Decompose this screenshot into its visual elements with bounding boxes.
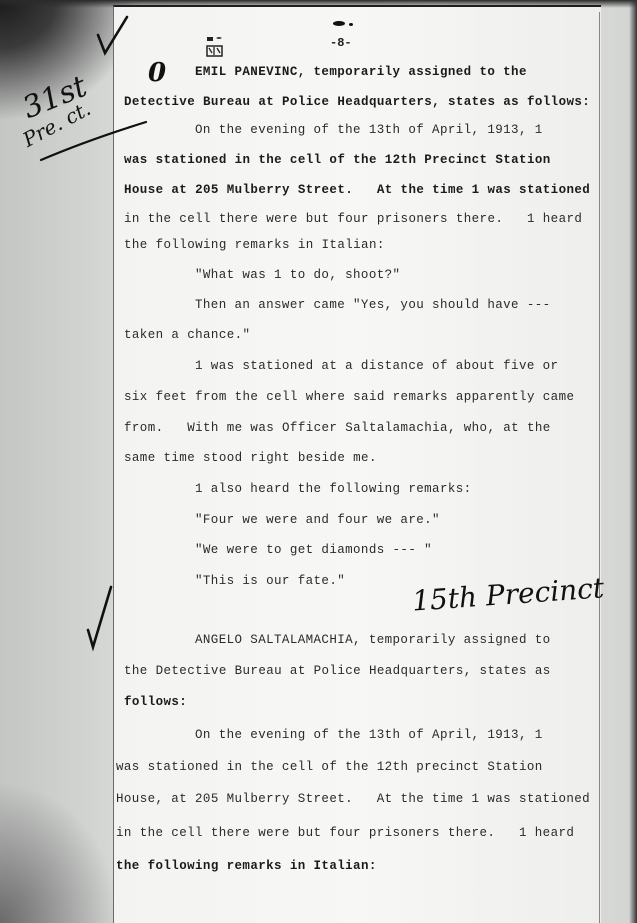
- text-line: House, at 205 Mulberry Street. At the ti…: [116, 792, 590, 806]
- text-line: from. With me was Officer Saltalamachia,…: [124, 421, 551, 435]
- text-line: the following remarks in Italian:: [124, 238, 385, 252]
- text-line: six feet from the cell where said remark…: [124, 390, 574, 404]
- text-line: "This is our fate.": [195, 574, 345, 588]
- text-line: Detective Bureau at Police Headquarters,…: [124, 95, 590, 109]
- checkmark-icon: [95, 15, 135, 65]
- text-line: "We were to get diamonds --- ": [195, 543, 432, 557]
- text-line: ANGELO SALTALAMACHIA, temporarily assign…: [195, 633, 551, 647]
- text-line: EMIL PANEVINC, temporarily assigned to t…: [195, 65, 527, 79]
- text-line: in the cell there were but four prisoner…: [124, 212, 582, 226]
- ink-blot: [333, 21, 345, 26]
- text-line: was stationed in the cell of the 12th pr…: [116, 760, 543, 774]
- page-right-edge: [599, 12, 600, 923]
- text-line: 1 also heard the following remarks:: [195, 482, 472, 496]
- handwritten-initial-mark: 0: [148, 58, 166, 88]
- text-line: Then an answer came "Yes, you should hav…: [195, 298, 551, 312]
- text-line: On the evening of the 13th of April, 191…: [195, 728, 543, 742]
- checkmark-icon: [85, 585, 115, 655]
- text-line: the following remarks in Italian:: [116, 859, 377, 873]
- text-line: "Four we were and four we are.": [195, 513, 440, 527]
- text-line: the Detective Bureau at Police Headquart…: [124, 664, 551, 678]
- scan-right-shadow: [629, 0, 637, 923]
- text-line: taken a chance.": [124, 328, 250, 342]
- text-line: 1 was stationed at a distance of about f…: [195, 359, 558, 373]
- text-line: in the cell there were but four prisoner…: [116, 826, 574, 840]
- text-line: "What was 1 to do, shoot?": [195, 268, 400, 282]
- text-line: On the evening of the 13th of April, 191…: [195, 123, 543, 137]
- text-line: follows:: [124, 695, 187, 709]
- text-line: House at 205 Mulberry Street. At the tim…: [124, 183, 590, 197]
- text-line: same time stood right beside me.: [124, 451, 377, 465]
- ink-blot-small: [349, 23, 353, 26]
- stamp-icon: [205, 34, 225, 64]
- page-number: -8-: [330, 36, 352, 50]
- underline-stroke: [38, 118, 148, 168]
- text-line: was stationed in the cell of the 12th Pr…: [124, 153, 551, 167]
